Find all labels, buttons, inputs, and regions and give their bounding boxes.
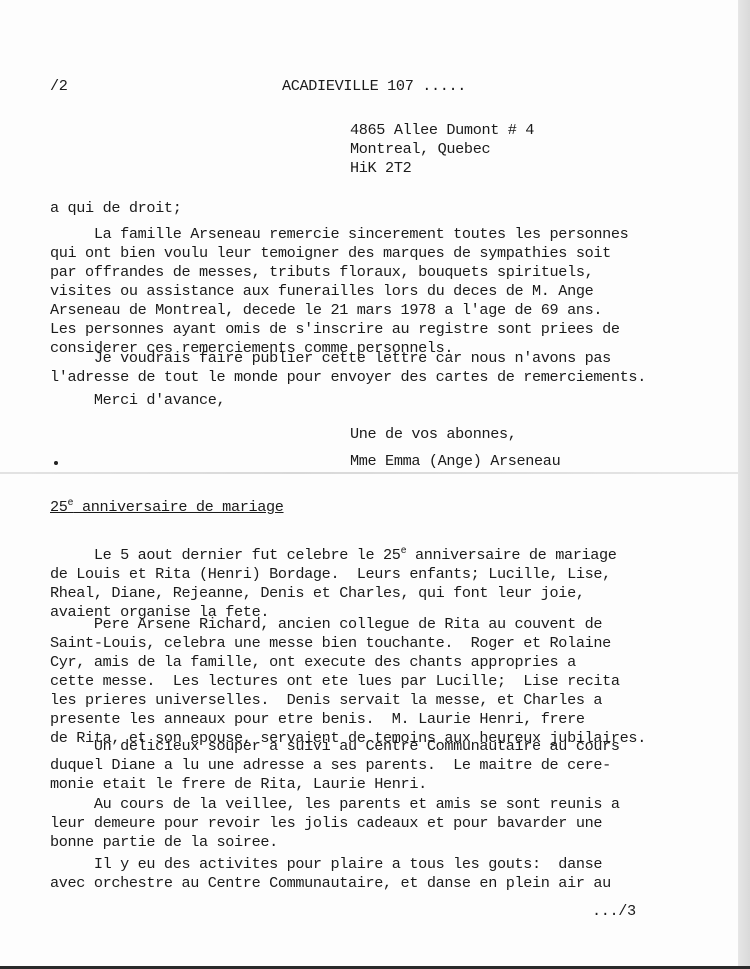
address-line: 4865 Allee Dumont # 4 (350, 121, 534, 140)
address-line: Montreal, Quebec (350, 140, 534, 159)
heading-number: 25 (50, 498, 68, 516)
article-paragraph-4: Au cours de la veillee, les parents et a… (50, 795, 620, 852)
article-heading: 25e anniversaire de mariage (50, 494, 284, 517)
text-line: Cyr, amis de la famille, ont execute des… (50, 653, 646, 672)
article-paragraph-5: Il y eu des activites pour plaire a tous… (50, 855, 611, 893)
text-line: bonne partie de la soiree. (50, 833, 620, 852)
text-line: Il y eu des activites pour plaire a tous… (50, 855, 611, 874)
text-line: monie etait le frere de Rita, Laurie Hen… (50, 775, 620, 794)
letter-signature: Mme Emma (Ange) Arseneau (350, 452, 560, 471)
scan-edge-right (738, 0, 750, 969)
text-line: avec orchestre au Centre Communautaire, … (50, 874, 611, 893)
text-line: les prieres universelles. Denis servait … (50, 691, 646, 710)
continuation-marker: .../3 (592, 902, 636, 921)
text-line: par offrandes de messes, tributs floraux… (50, 263, 628, 282)
text-fragment: anniversaire de mariage (406, 546, 616, 564)
text-line: Au cours de la veillee, les parents et a… (50, 795, 620, 814)
text-line: Pere Arsene Richard, ancien collegue de … (50, 615, 646, 634)
text-line: Arseneau de Montreal, decede le 21 mars … (50, 301, 628, 320)
text-line: presente les anneaux pour etre benis. M.… (50, 710, 646, 729)
heading-text: anniversaire de mariage (73, 498, 283, 516)
sender-address: 4865 Allee Dumont # 4 Montreal, Quebec H… (350, 121, 534, 178)
text-line: leur demeure pour revoir les jolis cadea… (50, 814, 620, 833)
article-paragraph-1: Le 5 aout dernier fut celebre le 25e ann… (50, 542, 617, 622)
text-line: La famille Arseneau remercie sincerement… (50, 225, 628, 244)
text-line: Rheal, Diane, Rejeanne, Denis et Charles… (50, 584, 617, 603)
text-line: visites ou assistance aux funerailles lo… (50, 282, 628, 301)
text-line: Le 5 aout dernier fut celebre le 25e ann… (50, 542, 617, 565)
text-line: cette messe. Les lectures ont ete lues p… (50, 672, 646, 691)
text-line: Les personnes ayant omis de s'inscrire a… (50, 320, 628, 339)
text-line: duquel Diane a lu une adresse a ses pare… (50, 756, 620, 775)
paper-fold-line (0, 472, 738, 474)
letter-paragraph-2: Je voudrais faire publier cette lettre c… (50, 349, 646, 387)
letter-closing: Merci d'avance, (50, 391, 225, 410)
letter-paragraph-1: La famille Arseneau remercie sincerement… (50, 225, 628, 358)
page-marker: /2 (50, 77, 68, 96)
bullet-mark (54, 461, 58, 465)
text-line: Je voudrais faire publier cette lettre c… (50, 349, 646, 368)
text-fragment: Le 5 aout dernier fut celebre le 25 (50, 546, 401, 564)
page-title: ACADIEVILLE 107 ..... (282, 77, 466, 96)
article-paragraph-3: Un delicieux souper a suivi au Centre Co… (50, 737, 620, 794)
text-line: l'adresse de tout le monde pour envoyer … (50, 368, 646, 387)
text-line: Un delicieux souper a suivi au Centre Co… (50, 737, 620, 756)
address-line: HiK 2T2 (350, 159, 534, 178)
text-line: Saint-Louis, celebra une messe bien touc… (50, 634, 646, 653)
letter-signoff: Une de vos abonnes, (350, 425, 517, 444)
text-line: qui ont bien voulu leur temoigner des ma… (50, 244, 628, 263)
article-paragraph-2: Pere Arsene Richard, ancien collegue de … (50, 615, 646, 748)
text-line: de Louis et Rita (Henri) Bordage. Leurs … (50, 565, 617, 584)
salutation: a qui de droit; (50, 199, 181, 218)
